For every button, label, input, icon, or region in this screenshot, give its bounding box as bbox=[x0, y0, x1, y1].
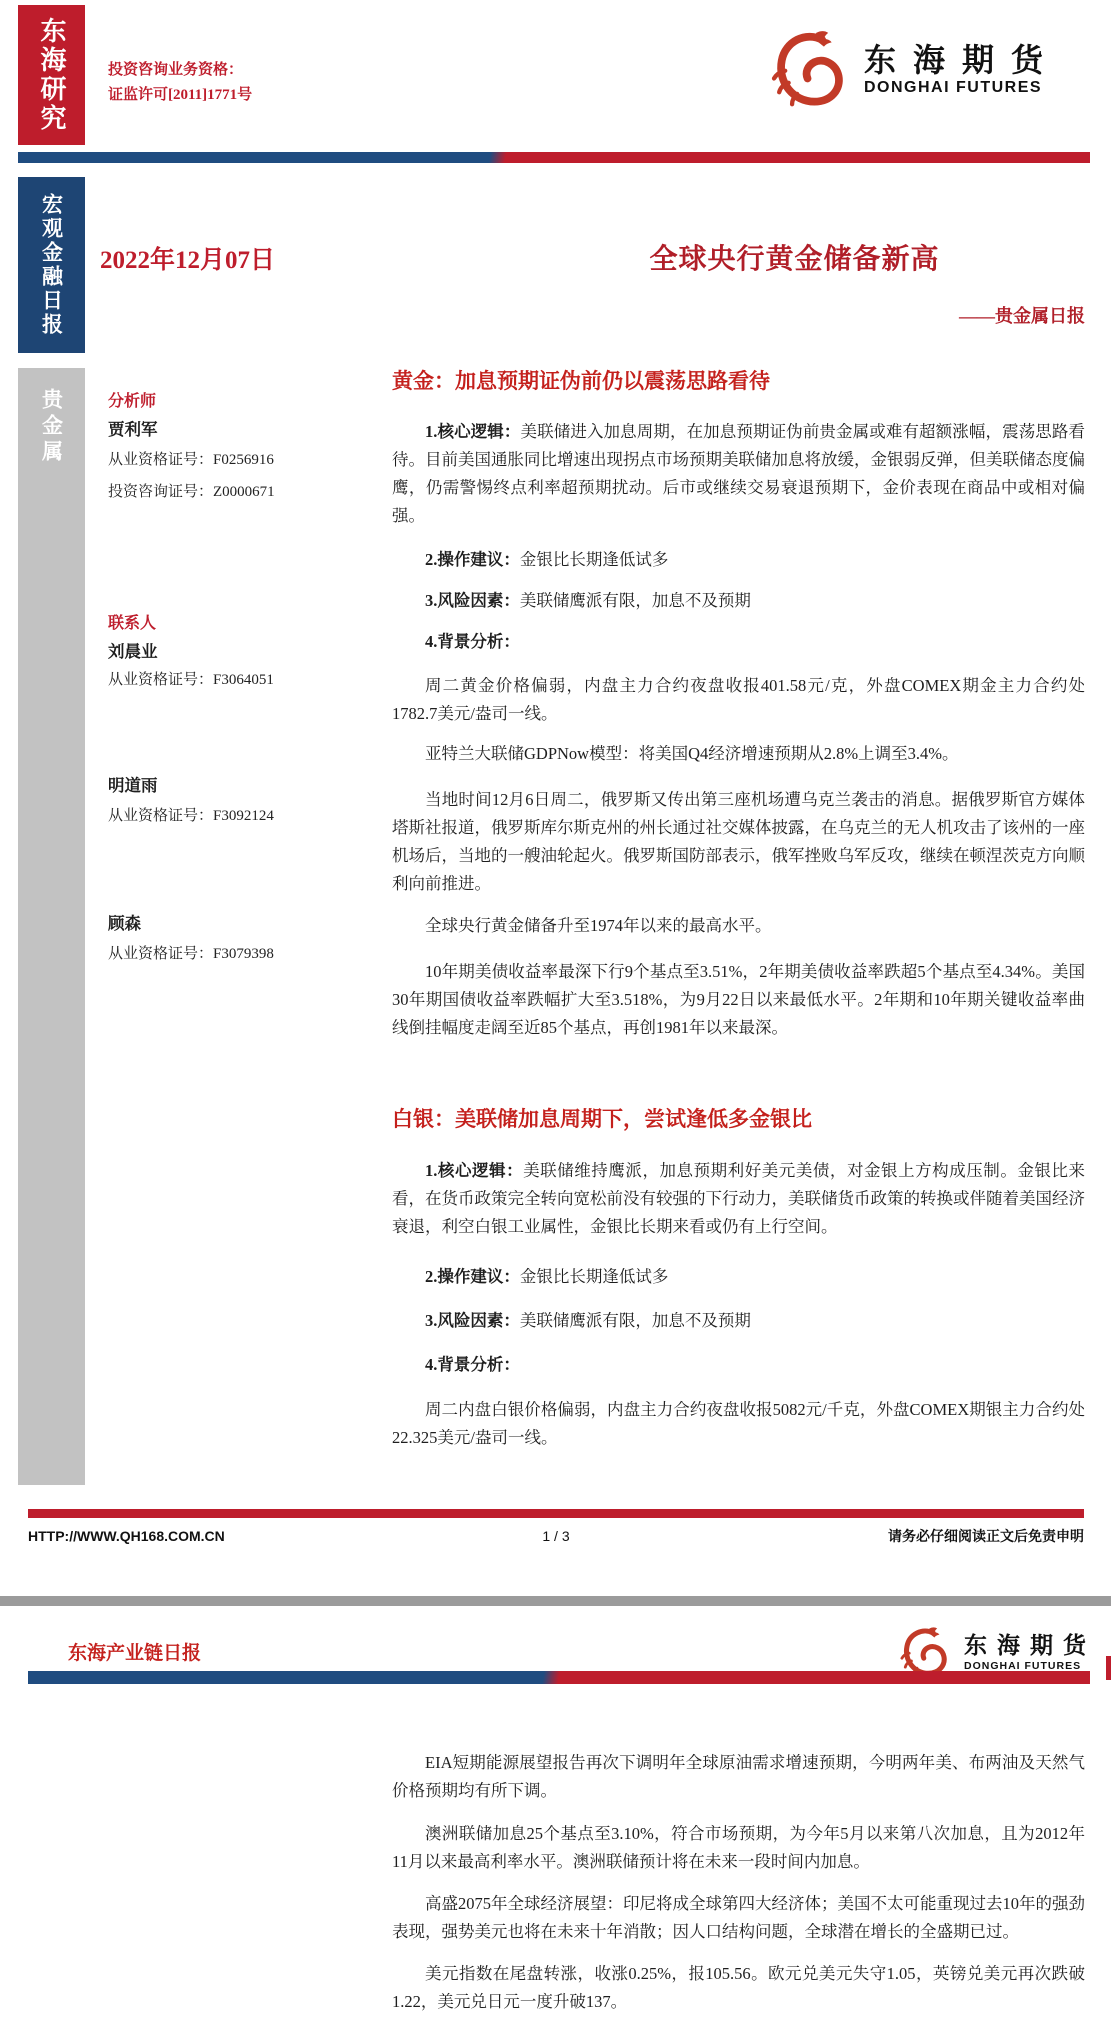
footer-disclaimer: 请务必仔细阅读正文后免责申明 bbox=[732, 1526, 1084, 1546]
silver-advice: 2.操作建议：金银比长期逢低试多 bbox=[392, 1263, 1085, 1291]
gold-background-para-4: 全球央行黄金储备升至1974年以来的最高水平。 bbox=[392, 912, 1085, 940]
report-date: 2022年12月07日 bbox=[100, 240, 275, 276]
report-title: 全球央行黄金储备新高 bbox=[448, 244, 1111, 276]
silver-advice-text: 金银比长期逢低试多 bbox=[520, 1267, 669, 1286]
gold-background-para-5: 10年期美债收益率最深下行9个基点至3.51%，2年期美债收益率跌超5个基点至4… bbox=[392, 958, 1085, 1042]
contact-role-label: 联系人 bbox=[108, 610, 298, 633]
analyst-name: 贾利军 bbox=[108, 416, 298, 440]
gold-background-para-2: 亚特兰大联储GDPNow模型：将美国Q4经济增速预期从2.8%上调至3.4%。 bbox=[392, 740, 1085, 768]
report-document: 东海研究 投资咨询业务资格： 证监许可[2011]1771号 东海期货 DONG… bbox=[0, 0, 1111, 2032]
gold-core-logic-label: 1.核心逻辑： bbox=[425, 422, 521, 441]
sidebar-category-box: 宏观金融日报 bbox=[18, 177, 85, 353]
silver-risk-text: 美联储鹰派有限，加息不及预期 bbox=[520, 1311, 751, 1330]
license-line-1: 投资咨询业务资格： bbox=[108, 58, 252, 83]
logo-cn-text: 东海期货 bbox=[864, 41, 1060, 79]
license-info: 投资咨询业务资格： 证监许可[2011]1771号 bbox=[108, 58, 252, 108]
page2-logo-accent-block bbox=[1106, 1656, 1111, 1680]
gold-advice: 2.操作建议：金银比长期逢低试多 bbox=[392, 546, 1085, 574]
company-logo: 东海期货 DONGHAI FUTURES bbox=[768, 26, 1060, 112]
sidebar-section-label: 贵金属 bbox=[37, 388, 67, 466]
silver-background-para-1: 周二内盘白银价格偏弱，内盘主力合约夜盘收报5082元/千克，外盘COMEX期银主… bbox=[392, 1396, 1085, 1452]
contact-name-3: 顾森 bbox=[108, 910, 298, 934]
page2-para-1: EIA短期能源展望报告再次下调明年全球原油需求增速预期，今明两年美、布两油及天然… bbox=[392, 1749, 1085, 1805]
contact-name-1: 刘晨业 bbox=[108, 638, 298, 662]
license-line-2: 证监许可[2011]1771号 bbox=[108, 83, 252, 108]
analyst-role-label: 分析师 bbox=[108, 388, 298, 411]
page2-header-bar bbox=[28, 1671, 1090, 1684]
footer-url-link[interactable]: HTTP://WWW.QH168.COM.CN bbox=[28, 1528, 380, 1544]
logo-en-text: DONGHAI FUTURES bbox=[864, 79, 1060, 97]
dragon-logo-icon bbox=[768, 26, 854, 112]
contact-cert-3: 从业资格证号：F3079398 bbox=[108, 942, 298, 963]
gold-background-para-1: 周二黄金价格偏弱，内盘主力合约夜盘收报401.58元/克，外盘COMEX期金主力… bbox=[392, 672, 1085, 728]
contact-cert-1: 从业资格证号：F3064051 bbox=[108, 668, 298, 689]
page2-logo-text: 东海期货 DONGHAI FUTURES bbox=[964, 1632, 1096, 1672]
gold-advice-text: 金银比长期逢低试多 bbox=[520, 550, 669, 569]
report-subtitle: ——贵金属日报 bbox=[392, 302, 1085, 330]
gold-advice-label: 2.操作建议： bbox=[425, 550, 520, 569]
silver-core-logic: 1.核心逻辑：美联储维持鹰派，加息预期利好美元美债，对金银上方构成压制。金银比来… bbox=[392, 1157, 1085, 1241]
silver-background-label: 4.背景分析： bbox=[392, 1351, 1085, 1379]
gold-risk: 3.风险因素：美联储鹰派有限，加息不及预期 bbox=[392, 587, 1085, 615]
sidebar-category-label: 宏观金融日报 bbox=[37, 193, 67, 337]
gold-core-logic: 1.核心逻辑：美联储进入加息周期，在加息预期证伪前贵金属或难有超额涨幅，震荡思路… bbox=[392, 418, 1085, 530]
silver-risk-label: 3.风险因素： bbox=[425, 1311, 520, 1330]
page2-logo-en-text: DONGHAI FUTURES bbox=[964, 1660, 1096, 1672]
brand-box-donghai-research: 东海研究 bbox=[18, 5, 85, 145]
page-separator-band bbox=[0, 1596, 1111, 1606]
gold-background-para-3: 当地时间12月6日周二，俄罗斯又传出第三座机场遭乌克兰袭击的消息。据俄罗斯官方媒… bbox=[392, 786, 1085, 898]
silver-core-logic-label: 1.核心逻辑： bbox=[425, 1161, 523, 1180]
analyst-cert-2: 投资咨询证号：Z0000671 bbox=[108, 480, 298, 501]
page2-para-2: 澳洲联储加息25个基点至3.10%，符合市场预期，为今年5月以来第八次加息，且为… bbox=[392, 1820, 1085, 1876]
gold-risk-label: 3.风险因素： bbox=[425, 591, 520, 610]
silver-section-heading: 白银：美联储加息周期下，尝试逢低多金银比 bbox=[392, 1106, 1085, 1132]
silver-advice-label: 2.操作建议： bbox=[425, 1267, 520, 1286]
header-divider-bar bbox=[18, 152, 1090, 163]
silver-risk: 3.风险因素：美联储鹰派有限，加息不及预期 bbox=[392, 1307, 1085, 1335]
gold-section-heading: 黄金：加息预期证伪前仍以震荡思路看待 bbox=[392, 368, 1085, 394]
page2-header-title: 东海产业链日报 bbox=[68, 1638, 201, 1665]
page2-para-4: 美元指数在尾盘转涨，收涨0.25%，报105.56。欧元兑美元失守1.05，英镑… bbox=[392, 1960, 1085, 2016]
page2-logo-cn-text: 东海期货 bbox=[964, 1632, 1096, 1660]
footer-page-number: 1 / 3 bbox=[380, 1528, 732, 1544]
page2-para-3: 高盛2075年全球经济展望：印尼将成全球第四大经济体；美国不太可能重现过去10年… bbox=[392, 1890, 1085, 1946]
logo-text: 东海期货 DONGHAI FUTURES bbox=[864, 41, 1060, 97]
brand-box-label: 东海研究 bbox=[33, 17, 70, 133]
sidebar-section-box: 贵金属 bbox=[18, 368, 85, 1485]
gold-risk-text: 美联储鹰派有限，加息不及预期 bbox=[520, 591, 751, 610]
contact-cert-2: 从业资格证号：F3092124 bbox=[108, 804, 298, 825]
contact-name-2: 明道雨 bbox=[108, 772, 298, 796]
gold-background-label: 4.背景分析： bbox=[392, 628, 1085, 656]
footer-divider-bar bbox=[28, 1509, 1084, 1518]
analyst-cert-1: 从业资格证号：F0256916 bbox=[108, 448, 298, 469]
footer: HTTP://WWW.QH168.COM.CN 1 / 3 请务必仔细阅读正文后… bbox=[28, 1526, 1084, 1546]
